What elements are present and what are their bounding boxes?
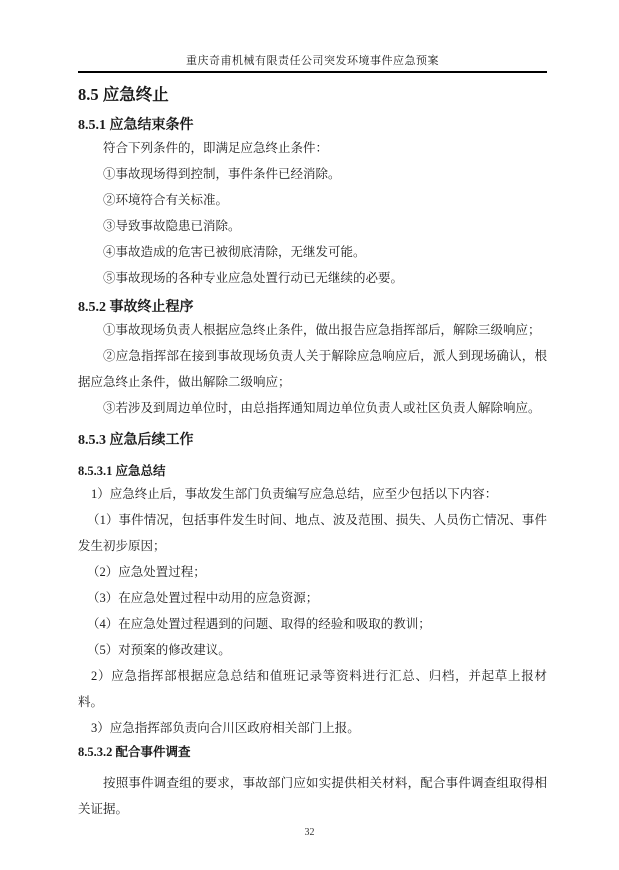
list-item: ⑤事故现场的各种专业应急处置行动已无继续的必要。 [78, 265, 547, 291]
page-header: 重庆奇甫机械有限责任公司突发环境事件应急预案 [78, 54, 547, 73]
section-8-5-3-1-body: 1）应急终止后，事故发生部门负责编写应急总结，应至少包括以下内容： （1）事件情… [78, 481, 547, 741]
section-8-5-1-body: 符合下列条件的，即满足应急终止条件： ①事故现场得到控制，事件条件已经消除。 ②… [78, 135, 547, 291]
list-item: （5）对预案的修改建议。 [78, 637, 547, 663]
list-item: ③若涉及到周边单位时，由总指挥通知周边单位负责人或社区负责人解除响应。 [78, 395, 547, 421]
document-content: 重庆奇甫机械有限责任公司突发环境事件应急预案 8.5 应急终止 8.5.1 应急… [0, 0, 619, 822]
section-8-5-2-body: ①事故现场负责人根据应急终止条件，做出报告应急指挥部后，解除三级响应； ②应急指… [78, 317, 547, 421]
list-item: ③导致事故隐患已消除。 [78, 213, 547, 239]
list-item: （1）事件情况，包括事件发生时间、地点、波及范围、损失、人员伤亡情况、事件发生初… [78, 507, 547, 559]
section-title-8-5-1: 8.5.1 应急结束条件 [78, 116, 547, 135]
list-item: ①事故现场得到控制，事件条件已经消除。 [78, 161, 547, 187]
list-item: 2）应急指挥部根据应急总结和值班记录等资料进行汇总、归档，并起草上报材料。 [78, 663, 547, 715]
list-item: （4）在应急处置过程遇到的问题、取得的经验和吸取的教训； [78, 611, 547, 637]
header-rule [78, 71, 547, 73]
section-title-8-5-3-1: 8.5.3.1 应急总结 [78, 463, 547, 480]
paragraph: 按照事件调查组的要求，事故部门应如实提供相关材料，配合事件调查组取得相关证据。 [78, 770, 547, 822]
list-item: ②应急指挥部在接到事故现场负责人关于解除应急响应后，派人到现场确认，根据应急终止… [78, 343, 547, 395]
header-title: 重庆奇甫机械有限责任公司突发环境事件应急预案 [78, 54, 547, 69]
paragraph: 符合下列条件的，即满足应急终止条件： [78, 135, 547, 161]
section-title-8-5: 8.5 应急终止 [78, 84, 547, 106]
section-title-8-5-3: 8.5.3 应急后续工作 [78, 431, 547, 450]
document-page: 重庆奇甫机械有限责任公司突发环境事件应急预案 8.5 应急终止 8.5.1 应急… [0, 0, 619, 870]
list-item: （2）应急处置过程； [78, 559, 547, 585]
page-number: 32 [0, 826, 619, 840]
list-item: ④事故造成的危害已被彻底清除，无继发可能。 [78, 239, 547, 265]
list-item: 1）应急终止后，事故发生部门负责编写应急总结，应至少包括以下内容： [78, 481, 547, 507]
section-title-8-5-2: 8.5.2 事故终止程序 [78, 298, 547, 317]
list-item: 3）应急指挥部负责向合川区政府相关部门上报。 [78, 715, 547, 741]
list-item: ②环境符合有关标准。 [78, 187, 547, 213]
list-item: ①事故现场负责人根据应急终止条件，做出报告应急指挥部后，解除三级响应； [78, 317, 547, 343]
section-8-5-3-2-body: 按照事件调查组的要求，事故部门应如实提供相关材料，配合事件调查组取得相关证据。 [78, 770, 547, 822]
section-title-8-5-3-2: 8.5.3.2 配合事件调查 [78, 744, 547, 761]
list-item: （3）在应急处置过程中动用的应急资源； [78, 585, 547, 611]
